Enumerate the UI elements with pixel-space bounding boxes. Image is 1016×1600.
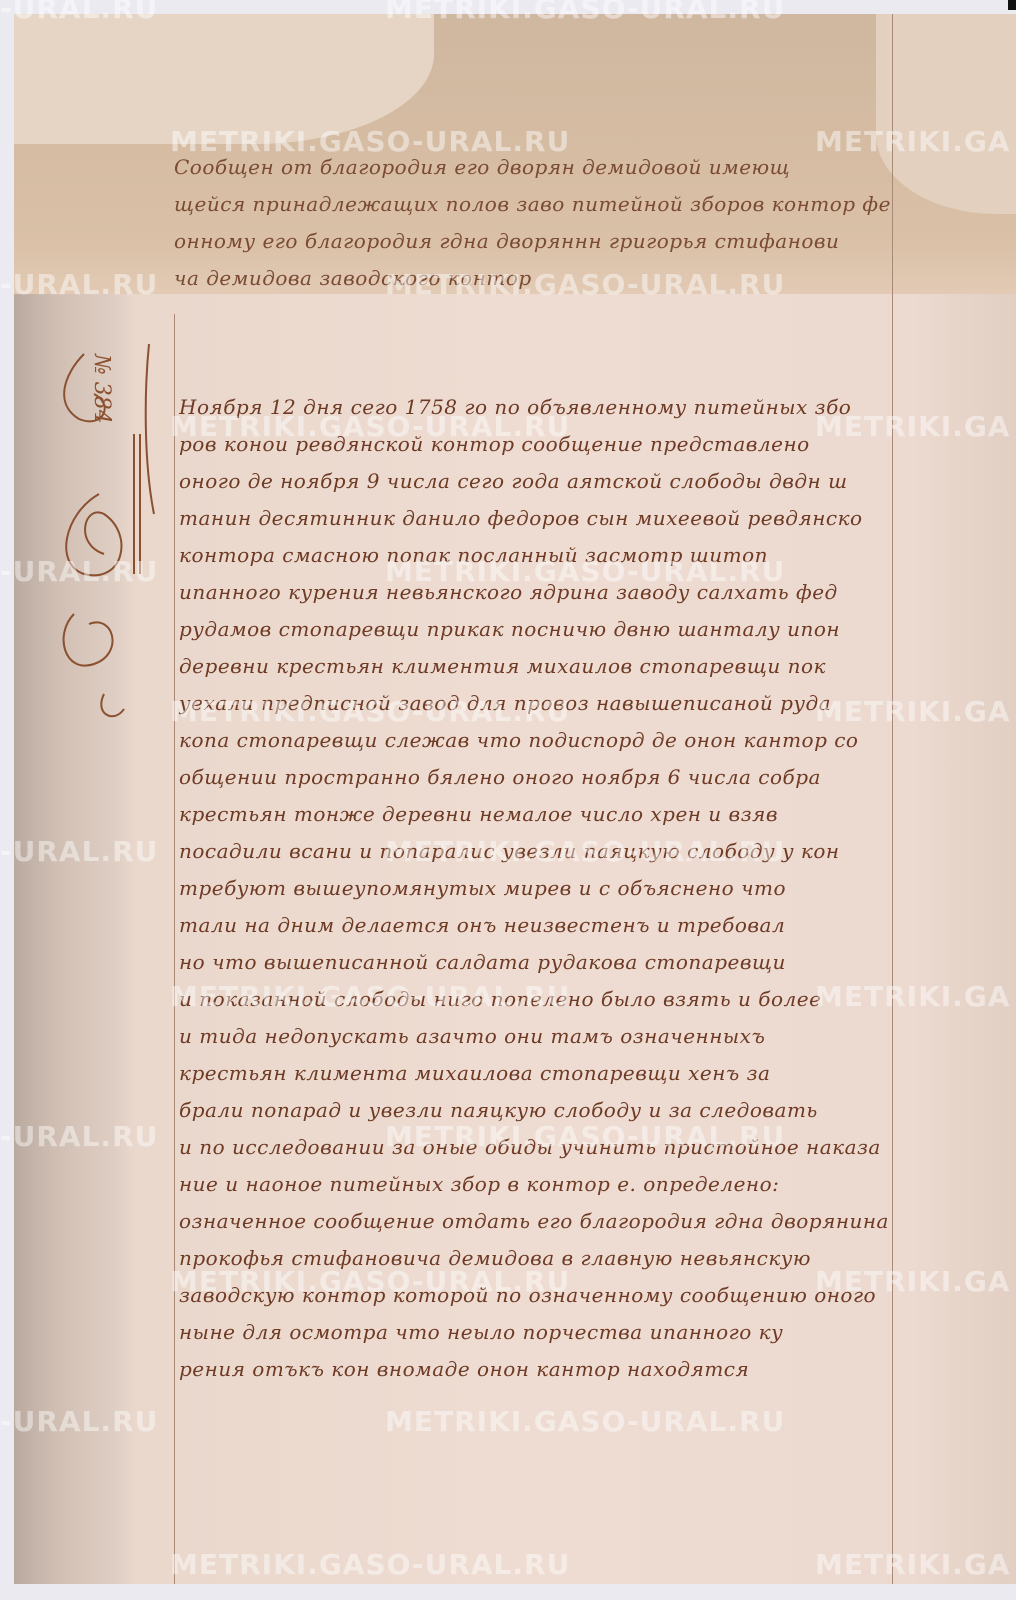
body-line: уехали предписной завод для провоз навыш… xyxy=(179,685,909,722)
header-line: Сообщен от благородия его дворян демидов… xyxy=(174,149,914,186)
body-line: посадили всани и попаралис увезли паяцку… xyxy=(179,833,909,870)
body-line: оного де ноября 9 числа сего года аятско… xyxy=(179,463,909,500)
body-line: брали попарад и увезли паяцкую слободу и… xyxy=(179,1092,909,1129)
body-line: рения отъкъ кон вномаде онон кантор нахо… xyxy=(179,1351,909,1388)
body-line: копа стопаревщи слежав что подиспорд де … xyxy=(179,722,909,759)
body-line: заводскую контор которой по означенному … xyxy=(179,1277,909,1314)
body-line: но что вышеписанной салдата рудакова сто… xyxy=(179,944,909,981)
header-line: ча демидова заводского контор xyxy=(174,260,914,297)
body-line: и тида недопускать азачто они тамъ означ… xyxy=(179,1018,909,1055)
body-text: Ноября 12 дня сего 1758 го по объявленно… xyxy=(179,389,909,1388)
header-line: онному его благородия гдна дворяннн григ… xyxy=(174,223,914,260)
body-line: и по исследовании за оные обиды учинить … xyxy=(179,1129,909,1166)
body-line: тали на дним делается онъ неизвестенъ и … xyxy=(179,907,909,944)
scan-background xyxy=(0,0,1016,14)
body-line: рудамов стопаревщи прикак посничю двню ш… xyxy=(179,611,909,648)
left-margin-rule xyxy=(174,314,175,1584)
header-line: щейся принадлежащих полов заво питейной … xyxy=(174,186,914,223)
body-line: ние и наоное питейных збор в контор е. о… xyxy=(179,1166,909,1203)
margin-document-number: № 384 xyxy=(89,354,114,424)
body-line: и показанной слободы ниго попелено было … xyxy=(179,981,909,1018)
body-line: прокофья стифановича демидова в главную … xyxy=(179,1240,909,1277)
body-line: общении пространно бялено оного ноября 6… xyxy=(179,759,909,796)
scan-corner-mark xyxy=(1008,0,1016,10)
body-line: крестьян тонже деревни немалое число хре… xyxy=(179,796,909,833)
body-line: Ноября 12 дня сего 1758 го по объявленно… xyxy=(179,389,909,426)
body-line: контора смасною попак посланный засмотр … xyxy=(179,537,909,574)
body-line: танин десятинник данило федоров сын михе… xyxy=(179,500,909,537)
body-line: ныне для осмотра что неыло порчества ипа… xyxy=(179,1314,909,1351)
body-line: ипанного курения невьянского ядрина заво… xyxy=(179,574,909,611)
body-line: означенное сообщение отдать его благород… xyxy=(179,1203,909,1240)
manuscript-page: № 384 Сообщен от благородия его дворян д… xyxy=(14,14,1016,1584)
header-summary: Сообщен от благородия его дворян демидов… xyxy=(174,149,914,297)
body-line: требуют вышеупомянутых мирев и с объясне… xyxy=(179,870,909,907)
body-line: деревни крестьян климентия михаилов стоп… xyxy=(179,648,909,685)
body-line: ров конои ревдянской контор сообщение пр… xyxy=(179,426,909,463)
body-line: крестьян климента михаилова стопаревщи х… xyxy=(179,1055,909,1092)
margin-annotation: № 384 xyxy=(44,314,164,734)
